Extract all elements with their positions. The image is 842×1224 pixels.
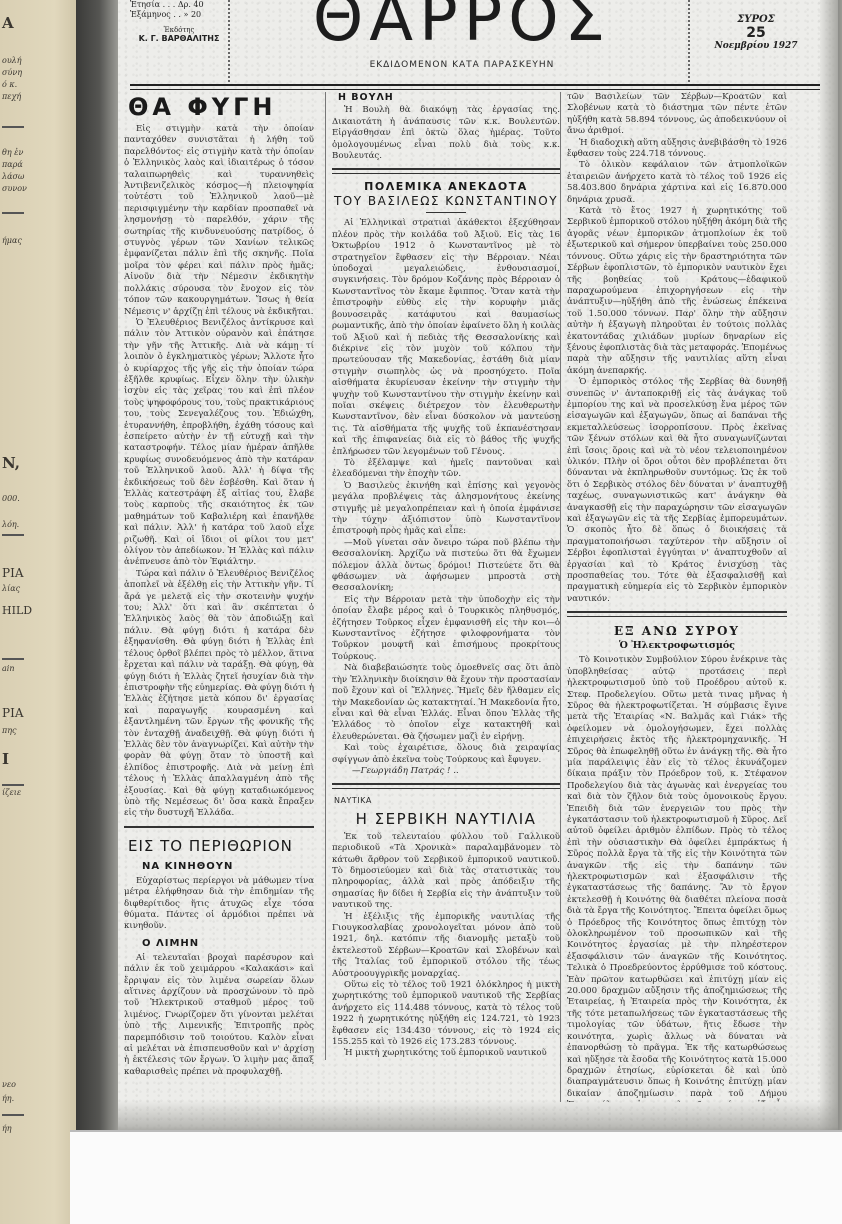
article-paragraph: Τὸ ἐξέλαμψε καὶ ἡμεῖς παντοῦναι καὶ ἐλεα… — [332, 458, 560, 481]
newspaper-subtitle: ΕΚΔΙΔΟΜΕΝΟΝ ΚΑΤΑ ΠΑΡΑΣΚΕΥΗΝ — [242, 60, 682, 70]
left-page-text: λάσω — [2, 172, 24, 181]
left-page-text: σύνη — [2, 68, 22, 77]
article-paragraph: Τώρα καὶ πάλιν ὁ Ἐλευθέριος Βενιζέλος ἀπ… — [124, 569, 314, 820]
article-paragraph: Εἰς τὴν Βέρροιαν μετὰ τὴν ὑποδοχὴν εἰς τ… — [332, 595, 560, 663]
left-page-text: λόη. — [2, 520, 19, 529]
place: ΣΥΡΟΣ — [690, 14, 822, 25]
left-page-text: HILD — [2, 604, 32, 617]
article-paragraph: Νὰ διαβεβαιώσητε τοὺς ὁμοεθνεῖς σας ὅτι … — [332, 663, 560, 743]
article-paragraph: Ἡ ἐξέλιξις τῆς ἐμπορικῆς ναυτιλίας τῆς Γ… — [332, 912, 560, 980]
left-page-text: θη ἐν — [2, 148, 23, 157]
divider — [426, 212, 466, 213]
article-paragraph: Εἰς στιγμὴν κατὰ τὴν ὁποίαν πανταχόθεν σ… — [124, 124, 314, 318]
headline-serviki-naftilia: Η ΣΕΡΒΙΚΗ ΝΑΥΤΙΛΙΑ — [332, 809, 560, 829]
article-paragraph: Αἱ τελευταῖαι βροχαὶ παρέσυρον καὶ πάλιν… — [124, 953, 314, 1078]
issue-day: 25 — [690, 25, 822, 41]
left-page-text: λίας — [2, 584, 20, 593]
headline-boule: Η ΒΟΥΛΗ — [338, 92, 560, 103]
left-page-text: ουλή — [2, 56, 22, 65]
article-paragraph: Ἡ διαδοχικὴ αὕτη αὔξησις ἀνεβιβάσθη τὸ 1… — [567, 138, 787, 161]
publisher-label: Ἐκδότης — [130, 26, 228, 34]
left-page-text: I — [2, 750, 9, 768]
subheading-ilektrofotismos: Ὁ Ἠλεκτροφωτισμός — [567, 639, 787, 652]
section-kicker-naftika: ΝΑΥΤΙΚΑ — [334, 795, 560, 806]
article-paragraph: Ἐκ τοῦ τελευταίου φύλλου τοῦ Γαλλικοῦ πε… — [332, 832, 560, 912]
left-page-text: πεχή — [2, 92, 21, 101]
left-page-text: PIA — [2, 566, 23, 580]
subheading-na-kinithoun: ΝΑ ΚΙΝΗΘΟΥΝ — [142, 860, 314, 874]
left-page-text: πης — [2, 726, 17, 735]
article-paragraph: Ὁ Βασιλεὺς ἐκινήθη καὶ ἐπίσης καὶ γεγονὸ… — [332, 481, 560, 538]
date-box: ΣΥΡΟΣ 25 Νοεμβρίου 1927 — [688, 0, 822, 82]
left-page-text: παρά — [2, 160, 23, 169]
masthead: Ἐτησία . . . Δρ. 40 Ἐξάμηνος . . » 20 Ἐκ… — [130, 0, 820, 88]
article-paragraph: τῶν Βασιλείων τῶν Σέρβων—Κροατῶν καὶ Σλο… — [567, 92, 787, 138]
column-3: τῶν Βασιλείων τῶν Σέρβων—Κροατῶν καὶ Σλο… — [560, 92, 787, 1102]
blank-paper-strip — [70, 1130, 842, 1224]
subheading-o-limin: Ο ΛΙΜΗΝ — [142, 937, 314, 951]
article-paragraph: Ἡ Βουλὴ θὰ διακόψῃ τὰς ἐργασίας της. Δικ… — [332, 105, 560, 162]
article-paragraph: —Μοῦ γίνεται σὰν ὄνειρο τώρα ποῦ βλέπω τ… — [332, 538, 560, 595]
column-2: Η ΒΟΥΛΗ Ἡ Βουλὴ θὰ διακόψῃ τὰς ἐργασίας … — [325, 92, 560, 1060]
left-page-text: PIA — [2, 706, 23, 720]
divider — [567, 611, 787, 617]
masthead-rule — [130, 84, 820, 90]
page-edge-shadow — [820, 0, 842, 1145]
publisher-name: Κ. Γ. ΒΑΡΘΑΛΙΤΗΣ — [130, 34, 228, 43]
issue-date: Νοεμβρίου 1927 — [690, 41, 822, 51]
left-page-text: ήμας — [2, 236, 22, 245]
newspaper-title: ΘΑΡΡΟΣ — [242, 0, 682, 56]
article-paragraph: Καὶ τοὺς ἐχαιρέτισε, ὅλους διὰ χειραψίας… — [332, 743, 560, 766]
section-divider — [124, 826, 314, 832]
left-page-text: ό κ. — [2, 80, 17, 89]
subscription-semiannual: Ἐξάμηνος . . » 20 — [130, 10, 228, 20]
left-page-text: N, — [2, 454, 20, 472]
left-page-text: ήη. — [2, 1094, 14, 1103]
headline-tha-fygi: ΘΑ ΦΥΓΗ — [128, 92, 314, 122]
left-page-text: ίζειε — [2, 788, 21, 797]
left-page-text: A — [2, 14, 14, 32]
headline-anecdotes-line2: ΤΟΥ ΒΑΣΙΛΕΩΣ ΚΩΝΣΤΑΝΤΙΝΟΥ — [332, 194, 560, 209]
article-paragraph: Τὸ ὁλικὸν κεφάλαιον τῶν ἀτμοπλοϊκῶν ἑται… — [567, 160, 787, 206]
divider — [332, 783, 560, 789]
article-paragraph: Οὕτω εἰς τὸ τέλος τοῦ 1921 ὁλόκληρος ἡ μ… — [332, 980, 560, 1048]
article-paragraph: Τὸ Κοινοτικὸν Συμβούλιον Σύρου ἐνέκρινε … — [567, 655, 787, 1102]
article-paragraph: Κατὰ τὸ ἔτος 1927 ἡ χωρητικότης τοῦ Σερβ… — [567, 206, 787, 377]
adjacent-page-fragment: A ουλή σύνη ό κ. πεχή θη ἐν παρά λάσω συ… — [0, 0, 78, 1224]
column-1: ΘΑ ΦΥΓΗ Εἰς στιγμὴν κατὰ τὴν ὁποίαν παντ… — [124, 92, 314, 1078]
article-paragraph: Ὁ Ἐλευθέριος Βενιζέλος ἀντίκρυσε καὶ πάλ… — [124, 318, 314, 569]
left-page-text: νεο — [2, 1080, 16, 1089]
left-page-text: ήη — [2, 1124, 12, 1133]
article-paragraph: Ὁ ἐμπορικὸς στόλος τῆς Σερβίας θὰ δυνηθῇ… — [567, 377, 787, 605]
subscription-annual: Ἐτησία . . . Δρ. 40 — [130, 0, 228, 10]
article-paragraph: Αἱ Ἑλληνικαὶ στρατιαὶ ἀκάθεκτοι ἐξεχύθησ… — [332, 218, 560, 458]
subscription-box: Ἐτησία . . . Δρ. 40 Ἐξάμηνος . . » 20 Ἐκ… — [130, 0, 230, 82]
left-page-text: 000. — [2, 494, 20, 503]
headline-ex-ano-syrou: ΕΞ ΑΝΩ ΣΥΡΟΥ — [567, 623, 787, 639]
section-header-perithorion: ΕΙΣ ΤΟ ΠΕΡΙΘΩΡΙΟΝ — [128, 836, 314, 856]
headline-anecdotes-line1: ΠΟΛΕΜΙΚΑ ΑΝΕΚΔΟΤΑ — [332, 180, 560, 194]
left-page-text: ain — [2, 664, 14, 673]
divider — [332, 168, 560, 174]
signature: —Γεωργιάδη Πατράς ! .. — [332, 766, 560, 777]
left-page-text: συνον — [2, 184, 27, 193]
article-paragraph: Ἡ μικτὴ χωρητικότης τοῦ ἐμπορικοῦ ναυτικ… — [332, 1048, 560, 1059]
article-paragraph: Εὐχαρίστως περίεργοι νὰ μάθωμεν τίνα μέτ… — [124, 876, 314, 933]
